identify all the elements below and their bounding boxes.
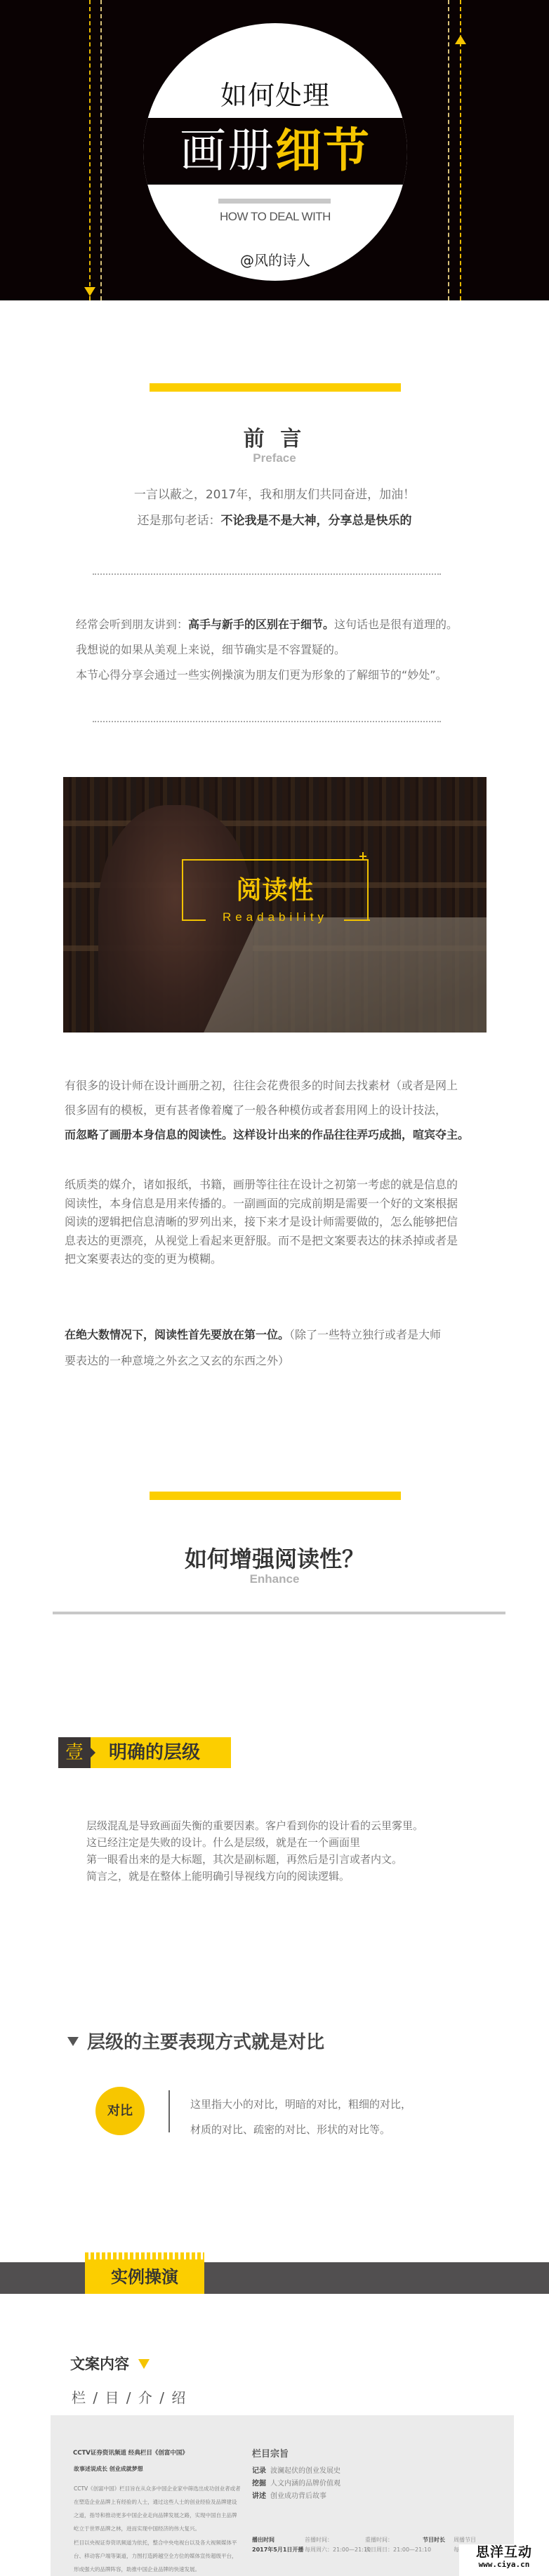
enhance-title: 如何增强阅读性？ [0,1541,549,1574]
example-band [0,2262,549,2294]
paragraph-line: 在绝大数情况下，阅读性首先要放在第一位。（除了一些特立独行或者是大师 [65,1322,441,1348]
paragraph-line: 有很多的设计师在设计画册之初，往往会花费很多的时间去找素材（或者是网上 [65,1073,469,1098]
hero-author[interactable]: @风的诗人 [143,249,407,270]
dashed-line-left-inner [100,0,102,300]
watermark-logo: 思洋互动 www.ciya.cn [459,2544,549,2576]
paragraph-line: 要表达的一种意境之外玄之又玄的东西之外） [65,1348,441,1374]
watermark-url: www.ciya.cn [459,2560,549,2570]
triangle-down-icon [84,287,95,296]
first-air-label: 首播时间： [305,2536,333,2544]
triangle-down-icon [67,2037,79,2046]
readability-subtitle: Readability [182,910,369,924]
copy-subtitle: 栏 / 目 / 介 / 绍 [72,2386,187,2407]
readability-paragraph-3: 在绝大数情况下，阅读性首先要放在第一位。（除了一些特立独行或者是大师 要表达的一… [65,1322,441,1374]
hero-ellipse: 如何处理 画册细节 HOW TO DEAL WITH @风的诗人 [143,23,407,281]
paragraph-line: 简言之，就是在整体上能明确引导视线方向的阅读逻辑。 [86,1868,423,1885]
enhance-accent-bar [150,1492,401,1500]
paragraph-line: 第一眼看出来的是大标题，其次是副标题，再然后是引言或者内文。 [86,1851,423,1868]
paragraph-line: 材质的对比、疏密的对比、形状的对比等。 [190,2117,411,2142]
watermark-name: 思洋互动 [459,2544,549,2560]
hero-title-plain: 画册 [180,124,275,178]
card-body-2: 栏目以央视证券资讯频道为依托，整合中央电视台以及各大视频媒体平 台、移动客户端等… [74,2536,237,2576]
enhance-subtitle: Enhance [0,1572,549,1586]
paragraph-line: 阅读的逻辑把信息清晰的罗列出来，接下来才是设计师需要做的，怎么能够把信 [65,1213,458,1232]
example-tab-teeth [85,2252,204,2259]
preface-subtitle: Preface [0,451,549,465]
triangle-down-icon [138,2359,150,2369]
card-heading: CCTV证券资讯频道 经典栏目《创富中国》 [73,2448,188,2457]
paragraph-line: 这已经注定是失败的设计。什么是层级，就是在一个画面里 [86,1834,423,1851]
dotted-divider-bottom [93,721,441,722]
enhance-divider [53,1612,505,1614]
triangle-up-icon [455,35,466,44]
paragraph-line: 阅读性，本身信息是用来传播的。一副画面的完成前期是需要一个好的文案根据 [65,1195,458,1214]
copy-title: 文案内容 [70,2353,129,2374]
preface-line-2-bold: 不论我是不是大神，分享总是快乐的 [221,514,412,528]
readability-photo: 阅读性 Readability [63,777,487,1033]
program-intro-card: CCTV证券资讯频道 经典栏目《创富中国》 故事述说成长 创业成就梦想 CCTV… [51,2415,514,2576]
preface-line-2: 还是那句老话：不论我是不是大神，分享总是快乐的 [0,510,549,528]
plus-icon-stem [362,852,364,861]
paragraph-line: 息表达的更漂亮，从视觉上看起来更舒服。而不是把文案要表达的抹杀掉或者是 [65,1232,458,1251]
paragraph-line-bold: 而忽略了画册本身信息的阅读性。这样设计出来的作品往往弄巧成拙，喧宾夺主。 [65,1122,469,1147]
schedule-start-date: 2017年5月1日开播 [252,2546,303,2554]
example-label: 实例操演 [85,2262,204,2292]
vertical-divider [168,2090,170,2132]
hero-title-highlight: 细节 [275,124,371,178]
paragraph-line: 纸质类的媒介，诸如报纸，书籍，画册等往往在设计之初第一考虑的就是信息的 [65,1176,458,1195]
card-right-heading: 栏目宗旨 [252,2446,289,2459]
card-item: 讲述创业成功背后故事 [252,2490,326,2500]
paragraph-line: 层级混乱是导致画面失衡的重要因素。客户看到你的设计看的云里雾里。 [86,1817,423,1834]
preface-accent-bar [150,383,401,392]
chevron-right-icon [91,1748,95,1758]
hero-divider [218,199,331,204]
preface-para-line-2: 我想说的如果从美观上来说，细节确实是不容置疑的。 [76,637,458,663]
dotted-divider-top [93,573,441,575]
preface-paragraph: 经常会听到朋友讲到：高手与新手的区别在于细节。这句话也是很有道理的。 我想说的如… [76,612,458,688]
readability-title: 阅读性 [182,870,369,906]
preface-title: 前 言 [0,421,549,452]
section-one-paragraph: 层级混乱是导致画面失衡的重要因素。客户看到你的设计看的云里雾里。 这已经注定是失… [86,1817,423,1885]
hero-english: HOW TO DEAL WITH [143,210,407,224]
preface-line-1: 一言以蔽之，2017年，我和朋友们共同奋进，加油！ [0,484,549,502]
dashed-line-left-outer [89,0,91,300]
card-body-1: CCTV《创富中国》栏目旨在从众多中国企业家中筛选出成功创业者或者 在塑造企业品… [74,2482,241,2535]
repeat-air-value: 次日周日：21:00—21:10 [365,2546,431,2554]
first-air-value: 每周周六：21:00—21:10 [305,2546,371,2554]
hero-subtitle: 如何处理 [143,74,407,112]
paragraph-line: 很多固有的模板，更有甚者像着魔了一般各种模仿或者套用网上的设计技法， [65,1098,469,1122]
section-one-label: 明确的层级 [91,1737,231,1768]
hero-title: 画册细节 [143,123,407,179]
preface-para-line-1: 经常会听到朋友讲到：高手与新手的区别在于细节。这句话也是很有道理的。 [76,612,458,637]
paragraph-line: 把文案要表达的变的更为模糊。 [65,1250,458,1269]
card-item: 记录波澜起伏的创业发展史 [252,2464,340,2475]
contrast-heading: 层级的主要表现方式就是对比 [87,2028,324,2054]
card-item: 挖掘人文内涵的品牌价值观 [252,2477,340,2488]
paragraph-line: 这里指大小的对比，明暗的对比，粗细的对比， [190,2092,411,2117]
schedule-label: 播出时间 [252,2536,274,2544]
readability-paragraph-2: 纸质类的媒介，诸如报纸，书籍，画册等往往在设计之初第一考虑的就是信息的 阅读性，… [65,1176,458,1269]
dashed-line-right-outer [460,0,461,300]
contrast-badge: 对比 [95,2087,145,2135]
repeat-air-label: 重播时间： [365,2536,393,2544]
duration-value: 周播节目 [454,2536,476,2544]
preface-line-2-prefix: 还是那句老话： [138,514,221,528]
readability-paragraph-1: 有很多的设计师在设计画册之初，往往会花费很多的时间去找素材（或者是网上 很多固有… [65,1073,469,1147]
contrast-description: 这里指大小的对比，明暗的对比，粗细的对比， 材质的对比、疏密的对比、形状的对比等… [190,2092,411,2142]
hero-banner: 如何处理 画册细节 HOW TO DEAL WITH @风的诗人 [0,0,549,300]
duration-label: 节目时长 [423,2536,445,2544]
duration-value-2: 每 [454,2546,459,2554]
card-tagline: 故事述说成长 创业成就梦想 [74,2465,143,2473]
dashed-line-right-inner [448,0,449,300]
section-one-number: 壹 [58,1737,91,1768]
preface-para-line-3: 本节心得分享会通过一些实例操演为朋友们更为形象的了解细节的“妙处”。 [76,663,458,688]
